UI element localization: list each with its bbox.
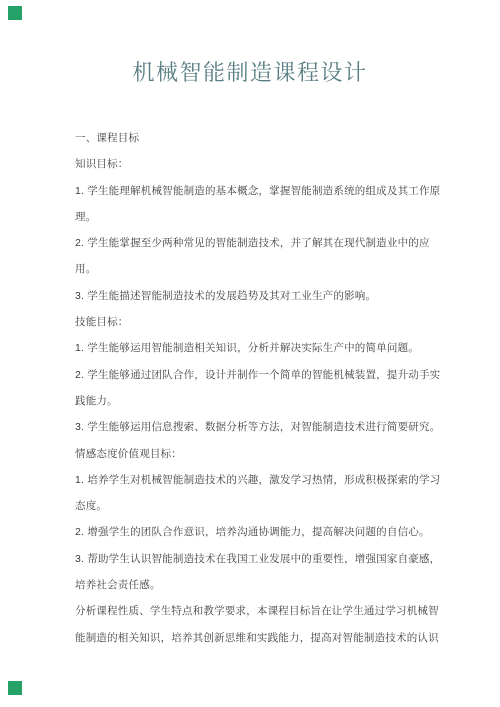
document-text-line: 培养社会责任感。 — [75, 572, 435, 598]
document-text-line: 一、课程目标 — [75, 125, 435, 151]
document-text-line: 1. 学生能够运用智能制造相关知识，分析并解决实际生产中的简单问题。 — [75, 335, 435, 361]
document-title: 机械智能制造课程设计 — [0, 58, 500, 88]
document-page: 机械智能制造课程设计 一、课程目标知识目标：1. 学生能理解机械智能制造的基本概… — [0, 0, 500, 707]
document-text-line: 践能力。 — [75, 388, 435, 414]
document-text-line: 3. 帮助学生认识智能制造技术在我国工业发展中的重要性，增强国家自豪感， — [75, 546, 435, 572]
document-body: 一、课程目标知识目标：1. 学生能理解机械智能制造的基本概念，掌握智能制造系统的… — [75, 125, 435, 651]
document-text-line: 3. 学生能够运用信息搜索、数据分析等方法，对智能制造技术进行简要研究。 — [75, 414, 435, 440]
document-text-line: 用。 — [75, 256, 435, 282]
document-text-line: 理。 — [75, 204, 435, 230]
document-text-line: 能制造的相关知识，培养其创新思维和实践能力，提高对智能制造技术的认识 — [75, 625, 435, 651]
document-text-line: 分析课程性质、学生特点和教学要求，本课程目标旨在让学生通过学习机械智 — [75, 598, 435, 624]
document-text-line: 2. 增强学生的团队合作意识，培养沟通协调能力，提高解决问题的自信心。 — [75, 519, 435, 545]
document-text-line: 1. 培养学生对机械智能制造技术的兴趣，激发学习热情，形成积极探索的学习 — [75, 467, 435, 493]
document-text-line: 2. 学生能够通过团队合作，设计并制作一个简单的智能机械装置，提升动手实 — [75, 362, 435, 388]
document-text-line: 知识目标： — [75, 151, 435, 177]
corner-marker-bottom-left — [8, 681, 22, 695]
document-text-line: 技能目标： — [75, 309, 435, 335]
corner-marker-top-left — [8, 6, 22, 20]
document-text-line: 2. 学生能掌握至少两种常见的智能制造技术，并了解其在现代制造业中的应 — [75, 230, 435, 256]
document-text-line: 态度。 — [75, 493, 435, 519]
document-text-line: 1. 学生能理解机械智能制造的基本概念，掌握智能制造系统的组成及其工作原 — [75, 178, 435, 204]
document-text-line: 情感态度价值观目标： — [75, 441, 435, 467]
document-text-line: 3. 学生能描述智能制造技术的发展趋势及其对工业生产的影响。 — [75, 283, 435, 309]
